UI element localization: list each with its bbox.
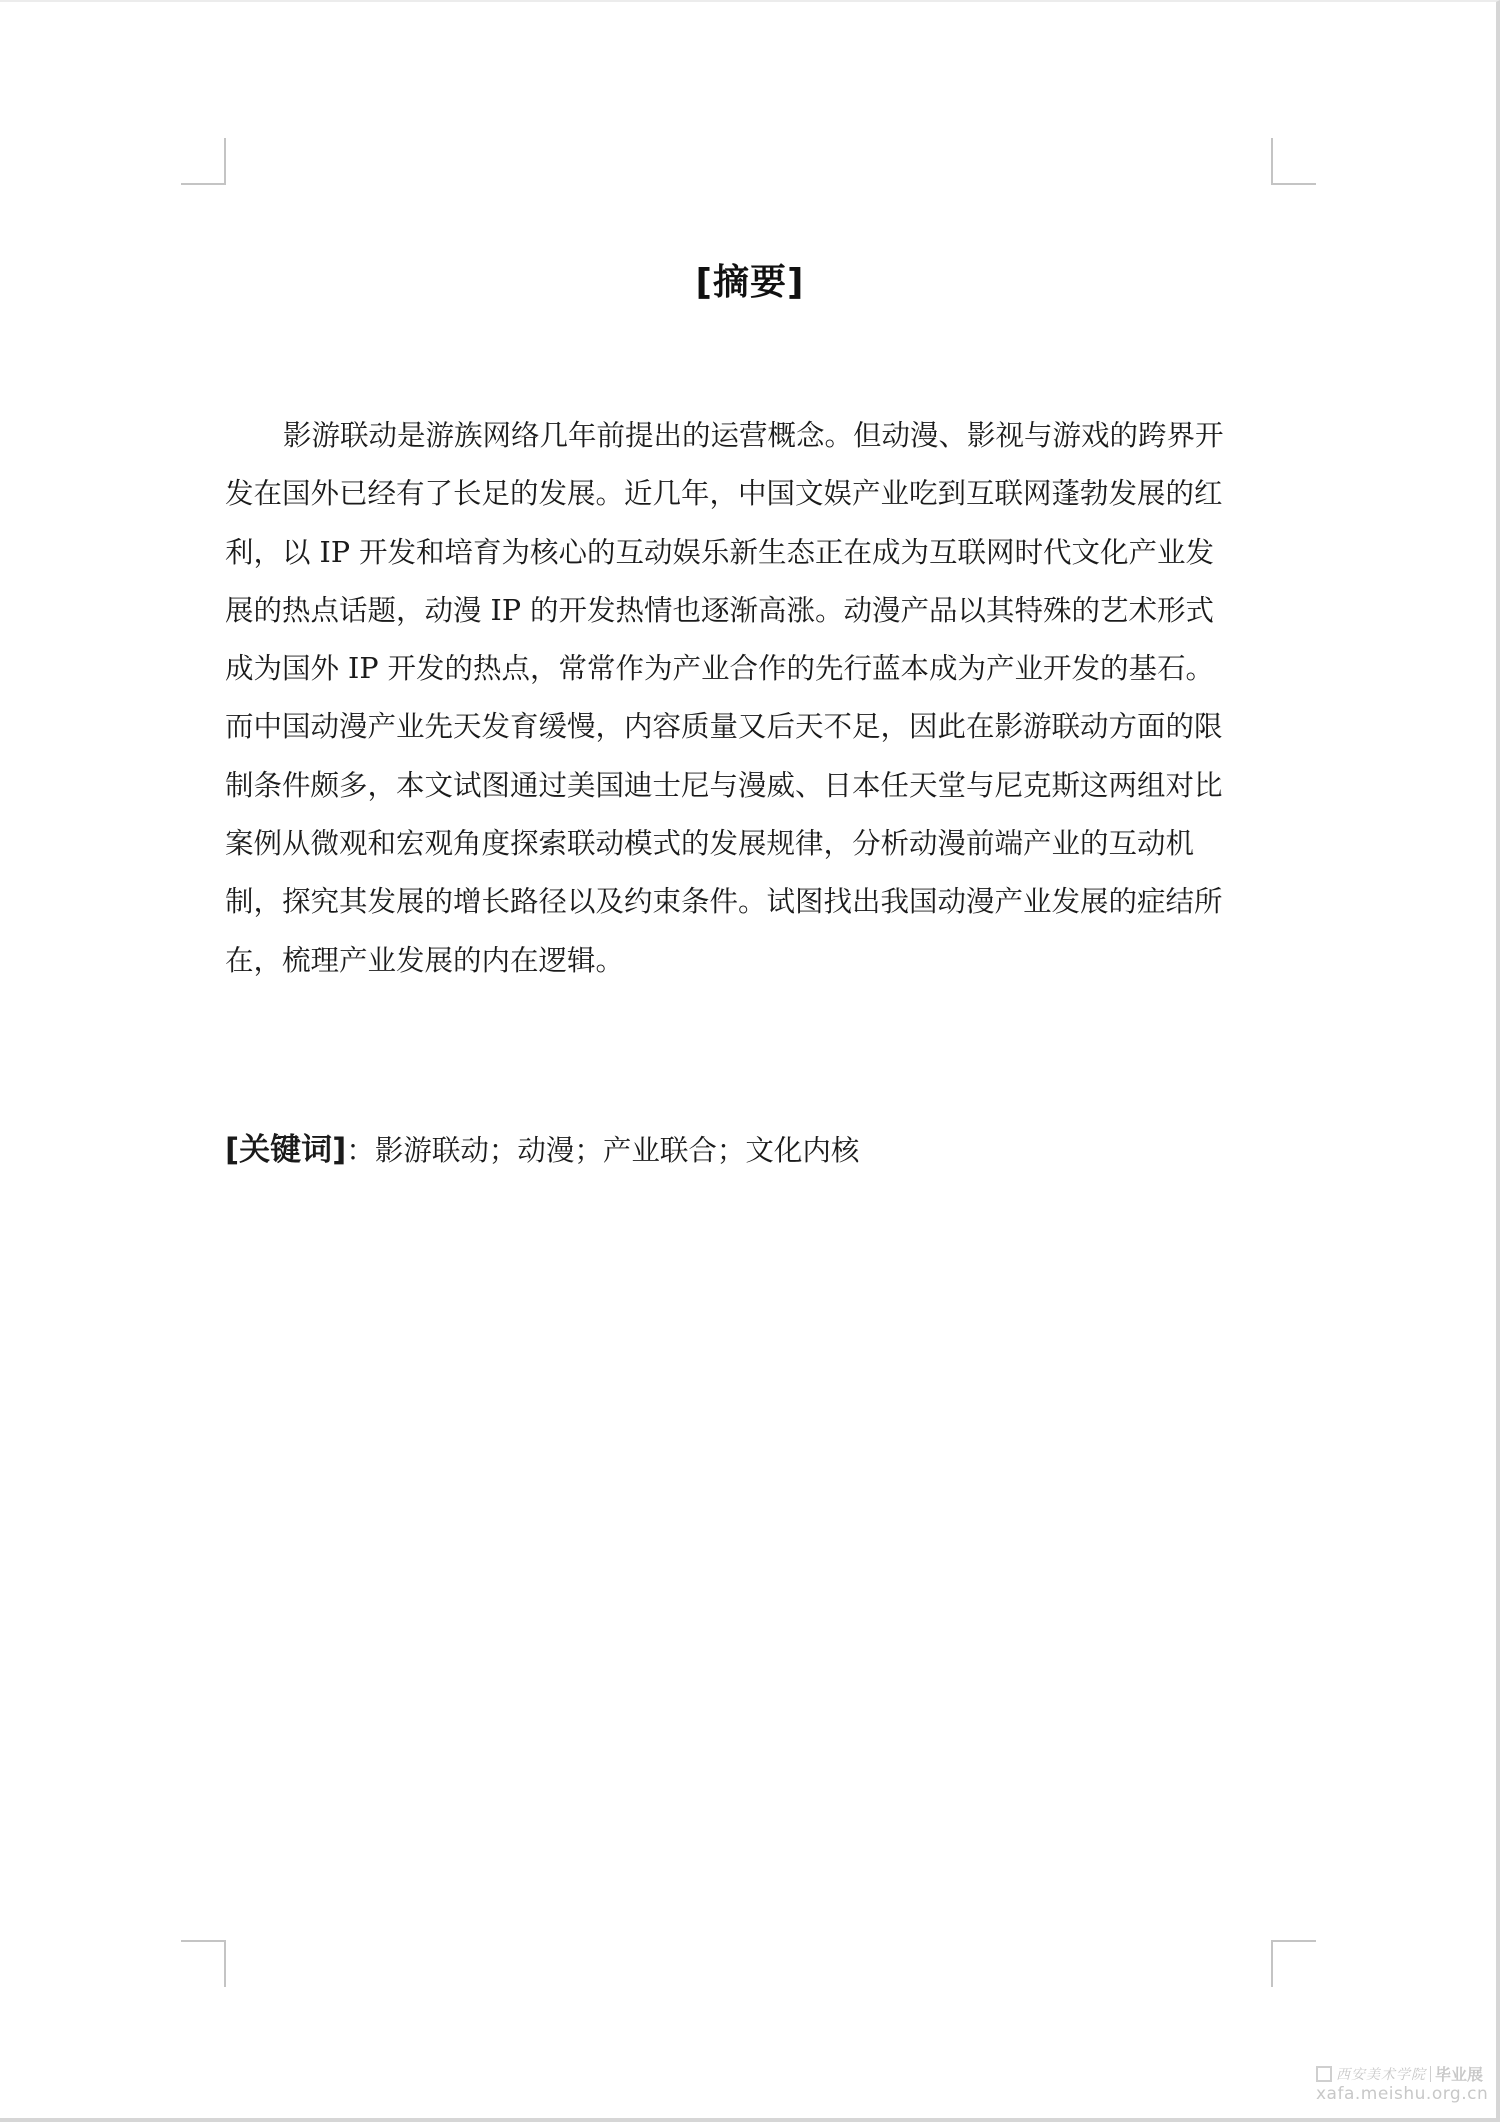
keywords-label: [关键词] [225, 1132, 346, 1168]
abstract-line: 成为国外 IP 开发的热点，常常作为产业合作的先行蓝本成为产业开发的基石。 [225, 640, 1275, 698]
abstract-line: 影游联动是游族网络几年前提出的运营概念。但动漫、影视与游戏的跨界开 [225, 407, 1275, 465]
abstract-line: 发在国外已经有了长足的发展。近几年，中国文娱产业吃到互联网蓬勃发展的红 [225, 465, 1275, 523]
abstract-line: 在，梳理产业发展的内在逻辑。 [225, 932, 1275, 990]
watermark-school: 西安美术学院 [1336, 2064, 1426, 2084]
watermark-divider [1430, 2066, 1431, 2082]
abstract-paragraph: 影游联动是游族网络几年前提出的运营概念。但动漫、影视与游戏的跨界开 发在国外已经… [225, 407, 1275, 990]
abstract-line: 展的热点话题，动漫 IP 的开发热情也逐渐高涨。动漫产品以其特殊的艺术形式 [225, 582, 1275, 640]
abstract-line: 制条件颇多，本文试图通过美国迪士尼与漫威、日本任天堂与尼克斯这两组对比 [225, 757, 1275, 815]
abstract-line: 制，探究其发展的增长路径以及约束条件。试图找出我国动漫产业发展的症结所 [225, 873, 1275, 931]
margin-corner-mark-top-right [1271, 138, 1316, 185]
watermark: 西安美术学院 毕业展 xafa.meishu.org.cn [1316, 2062, 1486, 2104]
school-logo-icon [1316, 2066, 1332, 2082]
abstract-line: 利，以 IP 开发和培育为核心的互动娱乐新生态正在成为互联网时代文化产业发 [225, 524, 1275, 582]
keywords-line: [关键词]：影游联动；动漫；产业联合；文化内核 [225, 1124, 859, 1169]
margin-corner-mark-bottom-left [181, 1940, 226, 1987]
keywords-separator: ： [346, 1134, 375, 1167]
keywords-value: 影游联动；动漫；产业联合；文化内核 [375, 1134, 860, 1167]
watermark-url: xafa.meishu.org.cn [1316, 2084, 1486, 2104]
abstract-title: [摘要] [0, 254, 1500, 305]
abstract-line: 而中国动漫产业先天发育缓慢，内容质量又后天不足，因此在影游联动方面的限 [225, 698, 1275, 756]
document-page: [摘要] 影游联动是游族网络几年前提出的运营概念。但动漫、影视与游戏的跨界开 发… [0, 0, 1500, 2122]
margin-corner-mark-bottom-right [1271, 1940, 1316, 1987]
abstract-line: 案例从微观和宏观角度探索联动模式的发展规律，分析动漫前端产业的互动机 [225, 815, 1275, 873]
watermark-expo: 毕业展 [1435, 2062, 1483, 2085]
margin-corner-mark-top-left [181, 138, 226, 185]
